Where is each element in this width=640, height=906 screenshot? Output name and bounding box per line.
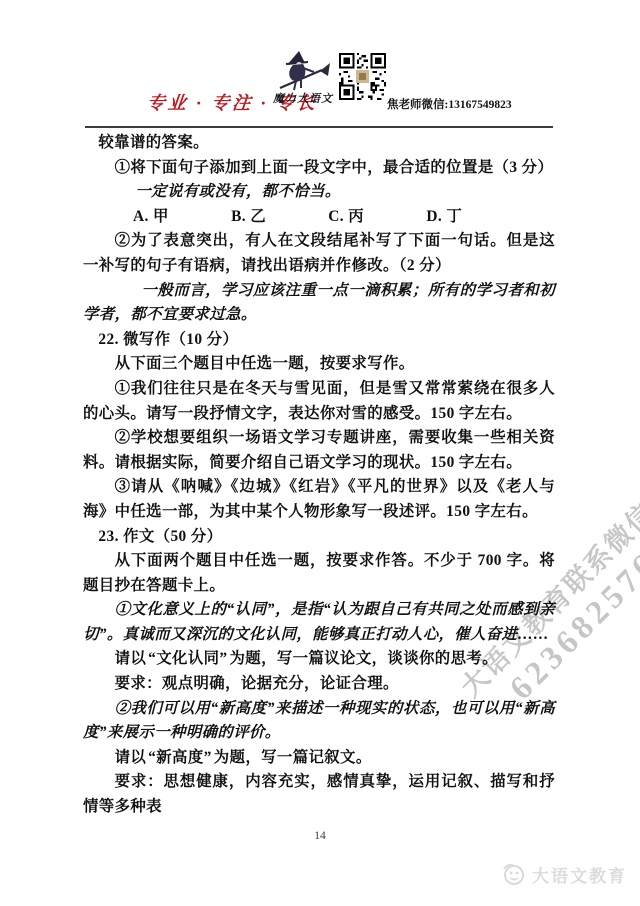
exam-body: 较靠谱的答案。 ①将下面句子添加到上面一段文字中，最合适的位置是（3 分） 一定… — [83, 131, 555, 820]
essay-1-title: “文化认同” — [148, 650, 227, 667]
essay-topic-1-prompt: ①文化意义上的“认同”，是指“认为跟自己有共同之处而感到亲切”。真诚而又深沉的文… — [83, 598, 555, 647]
essay-topic-2-requirements: 要求：思想健康，内容充实，感情真挚，运用记叙、描写和抒情等多种表 — [83, 770, 555, 819]
option-c: C. 丙 — [328, 205, 364, 230]
essay-1-prefix: 请以 — [115, 650, 147, 667]
essay-2-suffix: 为题，写一篇记叙文。 — [214, 749, 372, 766]
option-b: B. 乙 — [231, 205, 266, 230]
choice-options-row: A. 甲 B. 乙 C. 丙 D. 丁 — [83, 205, 555, 230]
essay-topic-1-requirements: 要求：观点明确，论据充分，论证合理。 — [83, 672, 555, 697]
exam-paper-page: 专业 · 专注 · 专长 魔力大语文 — [0, 0, 640, 906]
section-23-heading: 23. 作文（50 分） — [83, 525, 555, 550]
footer-logo-text: 大语文教育 — [532, 862, 627, 887]
qr-code — [339, 53, 386, 100]
essay-1-suffix: 为题，写一篇议论文，谈谈你的思考。 — [230, 650, 498, 667]
micro-writing-topic-2: ②学校想要组织一场语文学习专题讲座，需要收集一些相关资料。请根据实际，简要介绍自… — [83, 426, 555, 475]
micro-writing-topic-1: ①我们往往只是在冬天与雪见面，但是雪又常常萦绕在很多人的心头。请写一段抒情文字，… — [83, 377, 555, 426]
teacher-wechat-contact: 焦老师微信:13167549823 — [387, 96, 512, 112]
essay-2-prefix: 请以 — [115, 749, 147, 766]
answer-tail-text: 较靠谱的答案。 — [83, 131, 555, 156]
essay-topic-2-title-line: 请以“新高度”为题，写一篇记叙文。 — [83, 746, 555, 771]
question-21-sub1: ①将下面句子添加到上面一段文字中，最合适的位置是（3 分） — [83, 156, 555, 181]
inserted-sentence: 一定说有或没有，都不恰当。 — [83, 180, 555, 205]
brand-name: 魔力大语文 — [272, 90, 334, 106]
section-22-heading: 22. 微写作（10 分） — [83, 328, 555, 353]
option-d: D. 丁 — [426, 205, 462, 230]
micro-writing-topic-3: ③请从《呐喊》《边城》《红岩》《平凡的世界》以及《老人与海》中任选一部，为其中某… — [83, 475, 555, 524]
essay-2-title: “新高度” — [148, 749, 212, 766]
supplement-sentence: 一般而言，学习应该注重一点一滴积累；所有的学习者和初学者，都不宜要求过急。 — [83, 279, 555, 328]
option-a: A. 甲 — [133, 205, 169, 230]
essay-topic-1-title-line: 请以“文化认同”为题，写一篇议论文，谈谈你的思考。 — [83, 647, 555, 672]
essay-topic-2-prompt: ②我们可以用“新高度”来描述一种现实的状态，也可以用“新高度”来展示一种明确的评… — [83, 697, 555, 746]
witch-on-broom-icon — [276, 50, 330, 92]
section-22-intro: 从下面三个题目中任选一题，按要求写作。 — [83, 352, 555, 377]
header-divider — [85, 126, 553, 128]
footer-logo: 大语文教育 — [500, 861, 627, 887]
mascot-face-icon — [500, 861, 526, 887]
page-number: 14 — [0, 830, 640, 842]
brand-logo: 魔力大语文 — [272, 50, 334, 106]
question-21-sub2: ②为了表意突出，有人在文段结尾补写了下面一句话。但是这一补写的句子有语病，请找出… — [83, 229, 555, 278]
section-23-intro: 从下面两个题目中任选一题，按要求作答。不少于 700 字。将题目抄在答题卡上。 — [83, 549, 555, 598]
